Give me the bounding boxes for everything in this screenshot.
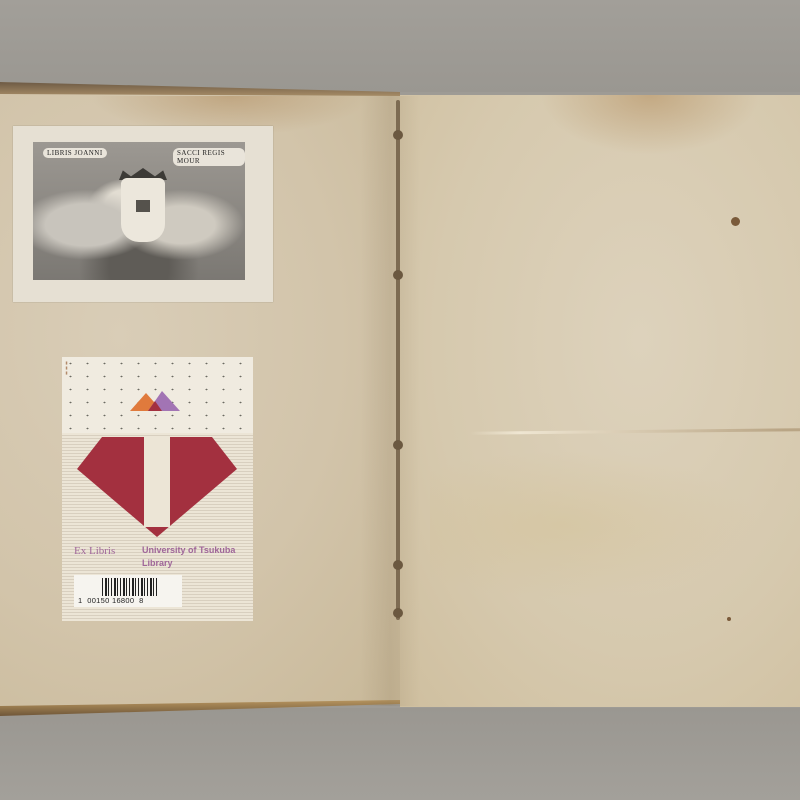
water-stain [430,450,760,600]
tsukuba-diamond-logo-icon [77,437,237,537]
thread-knot [393,130,403,140]
library-bookplate: ▮▮▮ Ex Libris University of Tsukuba Libr… [62,357,253,621]
water-stain [540,95,760,155]
engraved-bookplate: LIBRIS JOANNI SACCI REGIS MOUR [13,126,273,302]
binding-thread [396,100,400,620]
barcode-number: 1 00150 16800 8 [78,596,182,605]
thread-knot [393,440,403,450]
barcode-icon [102,578,158,596]
banner-left: LIBRIS JOANNI [43,148,107,158]
flyleaf-page [400,95,800,707]
book-icon [136,200,150,212]
barcode-label: 1 00150 16800 8 [74,575,182,607]
thread-knot [393,270,403,280]
thread-knot [393,608,403,618]
shield-icon [121,178,165,242]
institution-name: University of Tsukuba Library [142,544,252,570]
mountain-logo-icon [130,391,184,411]
institution-line-1: University of Tsukuba [142,544,252,557]
institution-line-2: Library [142,557,252,570]
background-bottom [0,708,800,800]
foxing-spot [727,617,731,621]
engraving-illustration: LIBRIS JOANNI SACCI REGIS MOUR [33,142,245,280]
foxing-spot [731,217,740,226]
thread-knot [393,560,403,570]
side-mark: ▮▮▮ [64,361,69,376]
background-top [0,0,800,92]
ex-libris-label: Ex Libris [74,545,115,557]
book-gutter [360,96,420,706]
banner-right: SACCI REGIS MOUR [173,148,245,166]
